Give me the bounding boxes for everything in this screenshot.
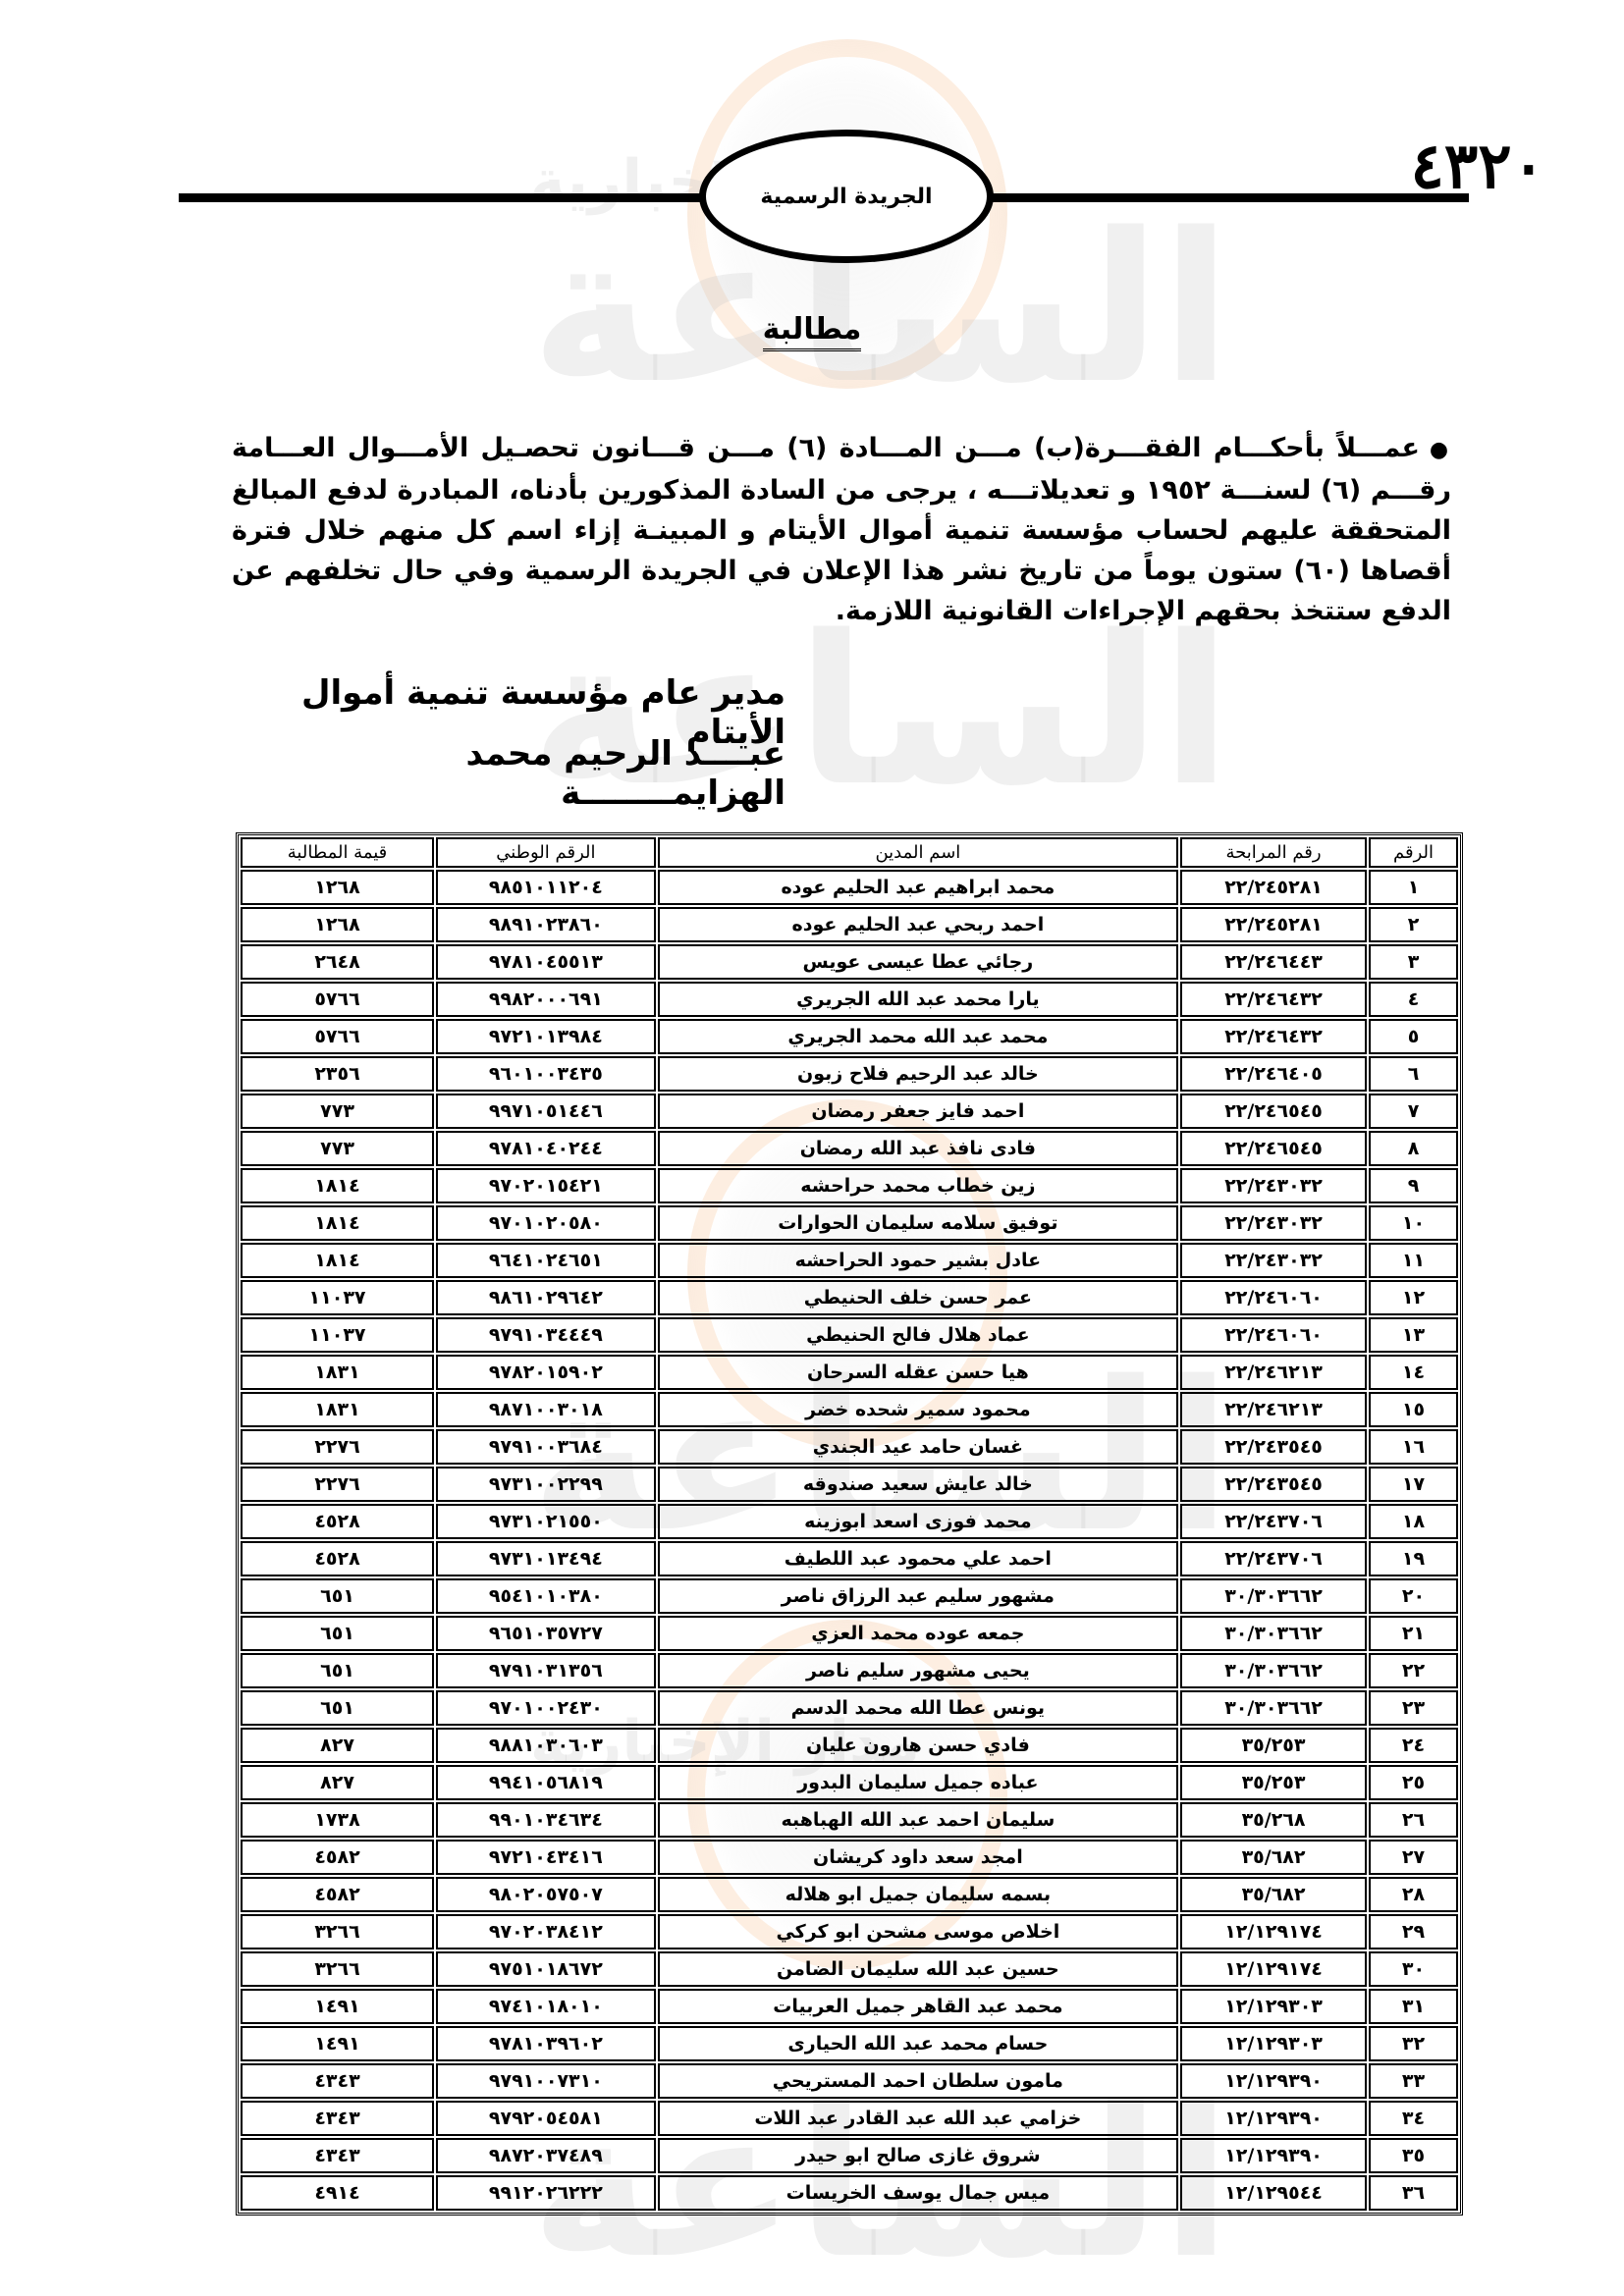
cell-index: ٦ [1369,1056,1458,1092]
cell-murabaha-number: ٣٠/٣٠٣٦٦٢ [1180,1578,1367,1614]
cell-debtor-name: سليمان احمد عبد الله الهباهبه [658,1802,1178,1838]
cell-claim-value: ٦٥١ [241,1690,434,1726]
claims-table: الرقم رقم المرابحة اسم المدين الرقم الوط… [236,832,1463,2216]
cell-murabaha-number: ٢٢/٢٤٦٠٦٠ [1180,1280,1367,1315]
cell-index: ١٠ [1369,1205,1458,1241]
cell-debtor-name: غسان حامد عيد الجندي [658,1429,1178,1465]
cell-murabaha-number: ٢٢/٢٤٦٥٤٥ [1180,1131,1367,1166]
cell-murabaha-number: ٢٢/٢٤٣٠٣٢ [1180,1168,1367,1203]
cell-murabaha-number: ٣٠/٣٠٣٦٦٢ [1180,1653,1367,1688]
cell-debtor-name: زين خطاب محمد حراحشه [658,1168,1178,1203]
cell-claim-value: ٨٢٧ [241,1765,434,1800]
cell-claim-value: ٦٥١ [241,1653,434,1688]
table-row: ١١٢٢/٢٤٣٠٣٢عادل بشير حمود الحراحشه٩٦٤١٠٢… [241,1243,1458,1278]
table-row: ٢٤٣٥/٢٥٣فادي حسن هارون عليان٩٨٨١٠٣٠٦٠٣٨٢… [241,1728,1458,1763]
cell-murabaha-number: ٢٢/٢٤٦٠٦٠ [1180,1317,1367,1353]
cell-index: ٣٦ [1369,2175,1458,2211]
cell-index: ٣٥ [1369,2138,1458,2173]
notice-body-text: عمـــلاً بأحكـــام الفقـــرة(ب) مـــن ال… [232,433,1451,626]
gazette-title: الجريدة الرسمية [760,185,932,209]
cell-murabaha-number: ١٢/١٢٩١٧٤ [1180,1914,1367,1949]
cell-debtor-name: ميس جمال يوسف الخريسات [658,2175,1178,2211]
cell-claim-value: ١٨١٤ [241,1243,434,1278]
cell-murabaha-number: ١٢/١٢٩٣٩٠ [1180,2138,1367,2173]
cell-claim-value: ١٤٩١ [241,2026,434,2061]
cell-debtor-name: فادي حسن هارون عليان [658,1728,1178,1763]
cell-debtor-name: شروق غازى صالح ابو حيدر [658,2138,1178,2173]
page-number: ٤٣٢٠ [1411,130,1546,203]
cell-murabaha-number: ٢٢/٢٤٣٥٤٥ [1180,1467,1367,1502]
cell-national-id: ٩٨٩١٠٢٣٨٦٠ [436,907,656,942]
cell-debtor-name: محمد عبد القاهر جميل العربيات [658,1989,1178,2024]
table-row: ٢٢٣٠/٣٠٣٦٦٢يحيى مشهور سليم ناصر٩٧٩١٠٣١٣٥… [241,1653,1458,1688]
cell-murabaha-number: ٢٢/٢٤٦٤٣٢ [1180,982,1367,1017]
cell-debtor-name: خالد عايش سعيد صندوقه [658,1467,1178,1502]
cell-debtor-name: خزامي عبد الله عبد القادر عبد اللات [658,2101,1178,2136]
notice-title: مطالبة [0,312,1624,347]
cell-debtor-name: احمد علي محمود عبد اللطيف [658,1541,1178,1576]
cell-debtor-name: امجد سعد داود كريشان [658,1840,1178,1875]
table-row: ١٤٢٢/٢٤٦٢١٣هيا حسن عقله السرحان٩٧٨٢٠١٥٩٠… [241,1355,1458,1390]
cell-murabaha-number: ١٢/١٢٩٣٩٠ [1180,2063,1367,2099]
table-row: ٢٥٣٥/٢٥٣عباده جميل سليمان البدور٩٩٤١٠٥٦٨… [241,1765,1458,1800]
signature-name: عبــــد الرحيم محمد الهزايمــــــــة [265,734,785,813]
cell-national-id: ٩٧٩١٠٣٤٤٤٩ [436,1317,656,1353]
cell-national-id: ٩٧٣١٠٢١٥٥٠ [436,1504,656,1539]
cell-index: ٢٤ [1369,1728,1458,1763]
cell-index: ١٦ [1369,1429,1458,1465]
table-row: ٧٢٢/٢٤٦٥٤٥احمد فايز جعفر رمضان٩٩٧١٠٥١٤٤٦… [241,1094,1458,1129]
cell-claim-value: ٧٧٣ [241,1131,434,1166]
cell-murabaha-number: ٣٠/٣٠٣٦٦٢ [1180,1690,1367,1726]
cell-national-id: ٩٧٢١٠٤٣٤١٦ [436,1840,656,1875]
cell-national-id: ٩٧٨١٠٤٠٢٤٤ [436,1131,656,1166]
cell-debtor-name: عمر حسن خلف الحنيطي [658,1280,1178,1315]
gazette-title-oval: الجريدة الرسمية [699,130,994,263]
header-claim-value: قيمة المطالبة [241,837,434,868]
cell-claim-value: ١١٠٣٧ [241,1280,434,1315]
table-header-row: الرقم رقم المرابحة اسم المدين الرقم الوط… [241,837,1458,868]
cell-murabaha-number: ٣٥/٢٥٣ [1180,1728,1367,1763]
cell-debtor-name: عباده جميل سليمان البدور [658,1765,1178,1800]
cell-murabaha-number: ٢٢/٢٤٣٥٤٥ [1180,1429,1367,1465]
cell-murabaha-number: ٢٢/٢٤٥٢٨١ [1180,907,1367,942]
cell-claim-value: ٤٥٢٨ [241,1541,434,1576]
cell-index: ٢١ [1369,1616,1458,1651]
cell-murabaha-number: ٣٥/٦٨٢ [1180,1840,1367,1875]
cell-index: ١٤ [1369,1355,1458,1390]
cell-index: ٣٣ [1369,2063,1458,2099]
cell-index: ٢٦ [1369,1802,1458,1838]
claims-table-body: ١٢٢/٢٤٥٢٨١محمد ابراهيم عبد الحليم عوده٩٨… [241,870,1458,2211]
cell-debtor-name: محمد فوزى اسعد ابوزينه [658,1504,1178,1539]
cell-murabaha-number: ٣٥/٢٦٨ [1180,1802,1367,1838]
cell-claim-value: ١٨٣١ [241,1355,434,1390]
cell-claim-value: ٥٧٦٦ [241,1019,434,1054]
header-index: الرقم [1369,837,1458,868]
cell-national-id: ٩٨٨١٠٣٠٦٠٣ [436,1728,656,1763]
cell-debtor-name: بسمه سليمان جميل ابو هلاله [658,1877,1178,1912]
cell-claim-value: ٤٩١٤ [241,2175,434,2211]
table-row: ١٢٢٢/٢٤٦٠٦٠عمر حسن خلف الحنيطي٩٨٦١٠٢٩٦٤٢… [241,1280,1458,1315]
cell-index: ١٥ [1369,1392,1458,1427]
notice-title-text: مطالبة [763,312,862,351]
cell-murabaha-number: ٢٢/٢٤٣٧٠٦ [1180,1541,1367,1576]
cell-index: ٢٧ [1369,1840,1458,1875]
table-row: ٣٤١٢/١٢٩٣٩٠خزامي عبد الله عبد القادر عبد… [241,2101,1458,2136]
cell-debtor-name: يحيى مشهور سليم ناصر [658,1653,1178,1688]
table-row: ١٦٢٢/٢٤٣٥٤٥غسان حامد عيد الجندي٩٧٩١٠٠٣٦٨… [241,1429,1458,1465]
cell-murabaha-number: ٢٢/٢٤٣٠٣٢ [1180,1243,1367,1278]
header-murabaha-number: رقم المرابحة [1180,837,1367,868]
cell-debtor-name: محمد عبد الله محمد الجريري [658,1019,1178,1054]
cell-national-id: ٩٧٠٢٠١٥٤٢١ [436,1168,656,1203]
cell-national-id: ٩٨٧١٠٠٣٠١٨ [436,1392,656,1427]
table-row: ٥٢٢/٢٤٦٤٣٢محمد عبد الله محمد الجريري٩٧٢١… [241,1019,1458,1054]
cell-debtor-name: جمعه عوده محمد العزي [658,1616,1178,1651]
table-row: ٢٦٣٥/٢٦٨سليمان احمد عبد الله الهباهبه٩٩٠… [241,1802,1458,1838]
cell-debtor-name: يارا محمد عبد الله الجريري [658,982,1178,1017]
cell-murabaha-number: ٢٢/٢٤٦٥٤٥ [1180,1094,1367,1129]
table-row: ١٨٢٢/٢٤٣٧٠٦محمد فوزى اسعد ابوزينه٩٧٣١٠٢١… [241,1504,1458,1539]
cell-claim-value: ١٢٦٨ [241,870,434,905]
cell-murabaha-number: ٢٢/٢٤٦٢١٣ [1180,1355,1367,1390]
cell-claim-value: ٤٣٤٣ [241,2101,434,2136]
cell-debtor-name: فادى نافذ عبد الله رمضان [658,1131,1178,1166]
cell-national-id: ٩٧٩٢٠٥٤٥٨١ [436,2101,656,2136]
cell-claim-value: ١٨١٤ [241,1168,434,1203]
table-row: ١٥٢٢/٢٤٦٢١٣محمود سمير شحده خضر٩٨٧١٠٠٣٠١٨… [241,1392,1458,1427]
cell-national-id: ٩٧٨١٠٣٩٦٠٢ [436,2026,656,2061]
table-row: ١٣٢٢/٢٤٦٠٦٠عماد هلال فالح الحنيطي٩٧٩١٠٣٤… [241,1317,1458,1353]
cell-claim-value: ٥٧٦٦ [241,982,434,1017]
cell-debtor-name: حسام محمد عبد الله الحيارى [658,2026,1178,2061]
header-debtor-name: اسم المدين [658,837,1178,868]
cell-national-id: ٩٦٥١٠٣٥٧٢٧ [436,1616,656,1651]
cell-murabaha-number: ١٢/١٢٩١٧٤ [1180,1951,1367,1987]
cell-murabaha-number: ٣٠/٣٠٣٦٦٢ [1180,1616,1367,1651]
cell-debtor-name: احمد فايز جعفر رمضان [658,1094,1178,1129]
cell-claim-value: ٤٥٨٢ [241,1877,434,1912]
cell-index: ٣ [1369,944,1458,980]
cell-index: ٢٨ [1369,1877,1458,1912]
cell-national-id: ٩٨٠٢٠٥٧٥٠٧ [436,1877,656,1912]
cell-national-id: ٩٨٧٢٠٣٧٤٨٩ [436,2138,656,2173]
cell-index: ١ [1369,870,1458,905]
cell-index: ٧ [1369,1094,1458,1129]
cell-murabaha-number: ١٢/١٢٩٥٤٤ [1180,2175,1367,2211]
cell-debtor-name: حسين عبد الله سليمان الضامن [658,1951,1178,1987]
table-row: ٩٢٢/٢٤٣٠٣٢زين خطاب محمد حراحشه٩٧٠٢٠١٥٤٢١… [241,1168,1458,1203]
cell-murabaha-number: ٢٢/٢٤٣٧٠٦ [1180,1504,1367,1539]
table-row: ٣٢١٢/١٢٩٣٠٣حسام محمد عبد الله الحيارى٩٧٨… [241,2026,1458,2061]
cell-claim-value: ٦٥١ [241,1616,434,1651]
table-row: ١٧٢٢/٢٤٣٥٤٥خالد عايش سعيد صندوقه٩٧٣١٠٠٢٢… [241,1467,1458,1502]
cell-debtor-name: توفيق سلامه سليمان الحوارات [658,1205,1178,1241]
table-row: ٤٢٢/٢٤٦٤٣٢يارا محمد عبد الله الجريري٩٩٨٢… [241,982,1458,1017]
table-row: ٣١١٢/١٢٩٣٠٣محمد عبد القاهر جميل العربيات… [241,1989,1458,2024]
cell-debtor-name: محمود سمير شحده خضر [658,1392,1178,1427]
cell-national-id: ٩٧٠١٠٢٠٥٨٠ [436,1205,656,1241]
cell-index: ١٧ [1369,1467,1458,1502]
cell-claim-value: ١١٠٣٧ [241,1317,434,1353]
cell-national-id: ٩٨٥١٠١١٢٠٤ [436,870,656,905]
table-row: ٢٧٣٥/٦٨٢امجد سعد داود كريشان٩٧٢١٠٤٣٤١٦٤٥… [241,1840,1458,1875]
cell-index: ١٨ [1369,1504,1458,1539]
table-row: ١٢٢/٢٤٥٢٨١محمد ابراهيم عبد الحليم عوده٩٨… [241,870,1458,905]
cell-debtor-name: هيا حسن عقله السرحان [658,1355,1178,1390]
cell-national-id: ٩٧٢١٠١٣٩٨٤ [436,1019,656,1054]
cell-national-id: ٩٧٨١٠٤٥٥١٣ [436,944,656,980]
cell-murabaha-number: ٢٢/٢٤٥٢٨١ [1180,870,1367,905]
cell-claim-value: ٨٢٧ [241,1728,434,1763]
cell-index: ١٩ [1369,1541,1458,1576]
cell-debtor-name: مشهور سليم عبد الرزاق ناصر [658,1578,1178,1614]
cell-national-id: ٩٨٦١٠٢٩٦٤٢ [436,1280,656,1315]
table-row: ٦٢٢/٢٤٦٤٠٥خالد عبد الرحيم فلاح زبون٩٦٠١٠… [241,1056,1458,1092]
cell-claim-value: ٧٧٣ [241,1094,434,1129]
cell-index: ٣١ [1369,1989,1458,2024]
cell-national-id: ٩٩٨٢٠٠٠٦٩١ [436,982,656,1017]
cell-national-id: ٩٧٠١٠٠٢٤٣٠ [436,1690,656,1726]
cell-national-id: ٩٥٤١٠١٠٣٨٠ [436,1578,656,1614]
cell-national-id: ٩٦٤١٠٢٤٦٥١ [436,1243,656,1278]
cell-claim-value: ٢٢٧٦ [241,1429,434,1465]
header-national-id: الرقم الوطني [436,837,656,868]
cell-murabaha-number: ١٢/١٢٩٣٠٣ [1180,2026,1367,2061]
cell-index: ١٣ [1369,1317,1458,1353]
cell-national-id: ٩٩٠١٠٣٤٦٣٤ [436,1802,656,1838]
cell-national-id: ٩٧٩١٠٠٧٣١٠ [436,2063,656,2099]
cell-murabaha-number: ٢٢/٢٤٦٢١٣ [1180,1392,1367,1427]
cell-debtor-name: رجائي عطا عيسى عويس [658,944,1178,980]
cell-index: ١٢ [1369,1280,1458,1315]
cell-debtor-name: محمد ابراهيم عبد الحليم عوده [658,870,1178,905]
cell-index: ٣٠ [1369,1951,1458,1987]
cell-national-id: ٩٩١٢٠٢٦٢٢٢ [436,2175,656,2211]
cell-claim-value: ١٧٣٨ [241,1802,434,1838]
table-row: ٢٣٣٠/٣٠٣٦٦٢يونس عطا الله محمد الدسم٩٧٠١٠… [241,1690,1458,1726]
table-row: ٢٩١٢/١٢٩١٧٤اخلاص موسى مشحن ابو كركي٩٧٠٢٠… [241,1914,1458,1949]
cell-debtor-name: خالد عبد الرحيم فلاح زبون [658,1056,1178,1092]
cell-claim-value: ٦٥١ [241,1578,434,1614]
cell-claim-value: ٢٦٤٨ [241,944,434,980]
table-row: ٨٢٢/٢٤٦٥٤٥فادى نافذ عبد الله رمضان٩٧٨١٠٤… [241,1131,1458,1166]
bullet-icon: ● [1430,438,1451,462]
cell-claim-value: ٤٥٢٨ [241,1504,434,1539]
cell-murabaha-number: ٢٢/٢٤٦٤٠٥ [1180,1056,1367,1092]
table-row: ١٩٢٢/٢٤٣٧٠٦احمد علي محمود عبد اللطيف٩٧٣١… [241,1541,1458,1576]
cell-murabaha-number: ٢٢/٢٤٦٤٤٣ [1180,944,1367,980]
cell-national-id: ٩٦٠١٠٠٣٤٣٥ [436,1056,656,1092]
cell-national-id: ٩٩٤١٠٥٦٨١٩ [436,1765,656,1800]
table-row: ١٠٢٢/٢٤٣٠٣٢توفيق سلامه سليمان الحوارات٩٧… [241,1205,1458,1241]
cell-index: ٥ [1369,1019,1458,1054]
cell-claim-value: ٣٢٦٦ [241,1951,434,1987]
cell-national-id: ٩٧٥١٠١٨٦٧٢ [436,1951,656,1987]
table-row: ٣٥١٢/١٢٩٣٩٠شروق غازى صالح ابو حيدر٩٨٧٢٠٣… [241,2138,1458,2173]
cell-index: ٢٣ [1369,1690,1458,1726]
cell-debtor-name: احمد ربحي عبد الحليم عوده [658,907,1178,942]
cell-index: ٣٤ [1369,2101,1458,2136]
cell-debtor-name: يونس عطا الله محمد الدسم [658,1690,1178,1726]
cell-national-id: ٩٧٤١٠١٨٠١٠ [436,1989,656,2024]
table-row: ٣٠١٢/١٢٩١٧٤حسين عبد الله سليمان الضامن٩٧… [241,1951,1458,1987]
cell-national-id: ٩٧٠٢٠٣٨٤١٢ [436,1914,656,1949]
cell-murabaha-number: ٢٢/٢٤٦٤٣٢ [1180,1019,1367,1054]
cell-national-id: ٩٧٩١٠٣١٣٥٦ [436,1653,656,1688]
table-row: ٢٨٣٥/٦٨٢بسمه سليمان جميل ابو هلاله٩٨٠٢٠٥… [241,1877,1458,1912]
cell-murabaha-number: ١٢/١٢٩٣٩٠ [1180,2101,1367,2136]
cell-claim-value: ١٤٩١ [241,1989,434,2024]
cell-national-id: ٩٧٣١٠١٣٤٩٤ [436,1541,656,1576]
cell-index: ٩ [1369,1168,1458,1203]
notice-body: ●عمـــلاً بأحكـــام الفقـــرة(ب) مـــن ا… [232,428,1451,631]
cell-national-id: ٩٧٣١٠٠٢٢٩٩ [436,1467,656,1502]
cell-index: ٢ [1369,907,1458,942]
cell-debtor-name: عادل بشير حمود الحراحشه [658,1243,1178,1278]
cell-national-id: ٩٧٨٢٠١٥٩٠٢ [436,1355,656,1390]
table-row: ٣٢٢/٢٤٦٤٤٣رجائي عطا عيسى عويس٩٧٨١٠٤٥٥١٣٢… [241,944,1458,980]
cell-national-id: ٩٧٩١٠٠٣٦٨٤ [436,1429,656,1465]
cell-index: ٣٢ [1369,2026,1458,2061]
cell-index: ٢٩ [1369,1914,1458,1949]
table-row: ٣٦١٢/١٢٩٥٤٤ميس جمال يوسف الخريسات٩٩١٢٠٢٦… [241,2175,1458,2211]
cell-claim-value: ٤٥٨٢ [241,1840,434,1875]
cell-debtor-name: مامون سلطان احمد المستريحي [658,2063,1178,2099]
cell-murabaha-number: ١٢/١٢٩٣٠٣ [1180,1989,1367,2024]
cell-debtor-name: عماد هلال فالح الحنيطي [658,1317,1178,1353]
table-row: ٣٣١٢/١٢٩٣٩٠مامون سلطان احمد المستريحي٩٧٩… [241,2063,1458,2099]
cell-murabaha-number: ٣٥/٦٨٢ [1180,1877,1367,1912]
cell-claim-value: ٤٣٤٣ [241,2063,434,2099]
cell-claim-value: ٣٢٦٦ [241,1914,434,1949]
cell-claim-value: ٤٣٤٣ [241,2138,434,2173]
cell-index: ١١ [1369,1243,1458,1278]
cell-index: ٢٠ [1369,1578,1458,1614]
cell-claim-value: ١٨١٤ [241,1205,434,1241]
cell-claim-value: ٢٢٧٦ [241,1467,434,1502]
cell-index: ٨ [1369,1131,1458,1166]
cell-murabaha-number: ٣٥/٢٥٣ [1180,1765,1367,1800]
cell-debtor-name: اخلاص موسى مشحن ابو كركي [658,1914,1178,1949]
table-row: ٢١٣٠/٣٠٣٦٦٢جمعه عوده محمد العزي٩٦٥١٠٣٥٧٢… [241,1616,1458,1651]
table-row: ٢٠٣٠/٣٠٣٦٦٢مشهور سليم عبد الرزاق ناصر٩٥٤… [241,1578,1458,1614]
cell-claim-value: ١٢٦٨ [241,907,434,942]
cell-claim-value: ١٨٣١ [241,1392,434,1427]
cell-index: ٢٢ [1369,1653,1458,1688]
table-row: ٢٢٢/٢٤٥٢٨١احمد ربحي عبد الحليم عوده٩٨٩١٠… [241,907,1458,942]
cell-index: ٢٥ [1369,1765,1458,1800]
cell-national-id: ٩٩٧١٠٥١٤٤٦ [436,1094,656,1129]
cell-index: ٤ [1369,982,1458,1017]
cell-murabaha-number: ٢٢/٢٤٣٠٣٢ [1180,1205,1367,1241]
cell-claim-value: ٢٣٥٦ [241,1056,434,1092]
